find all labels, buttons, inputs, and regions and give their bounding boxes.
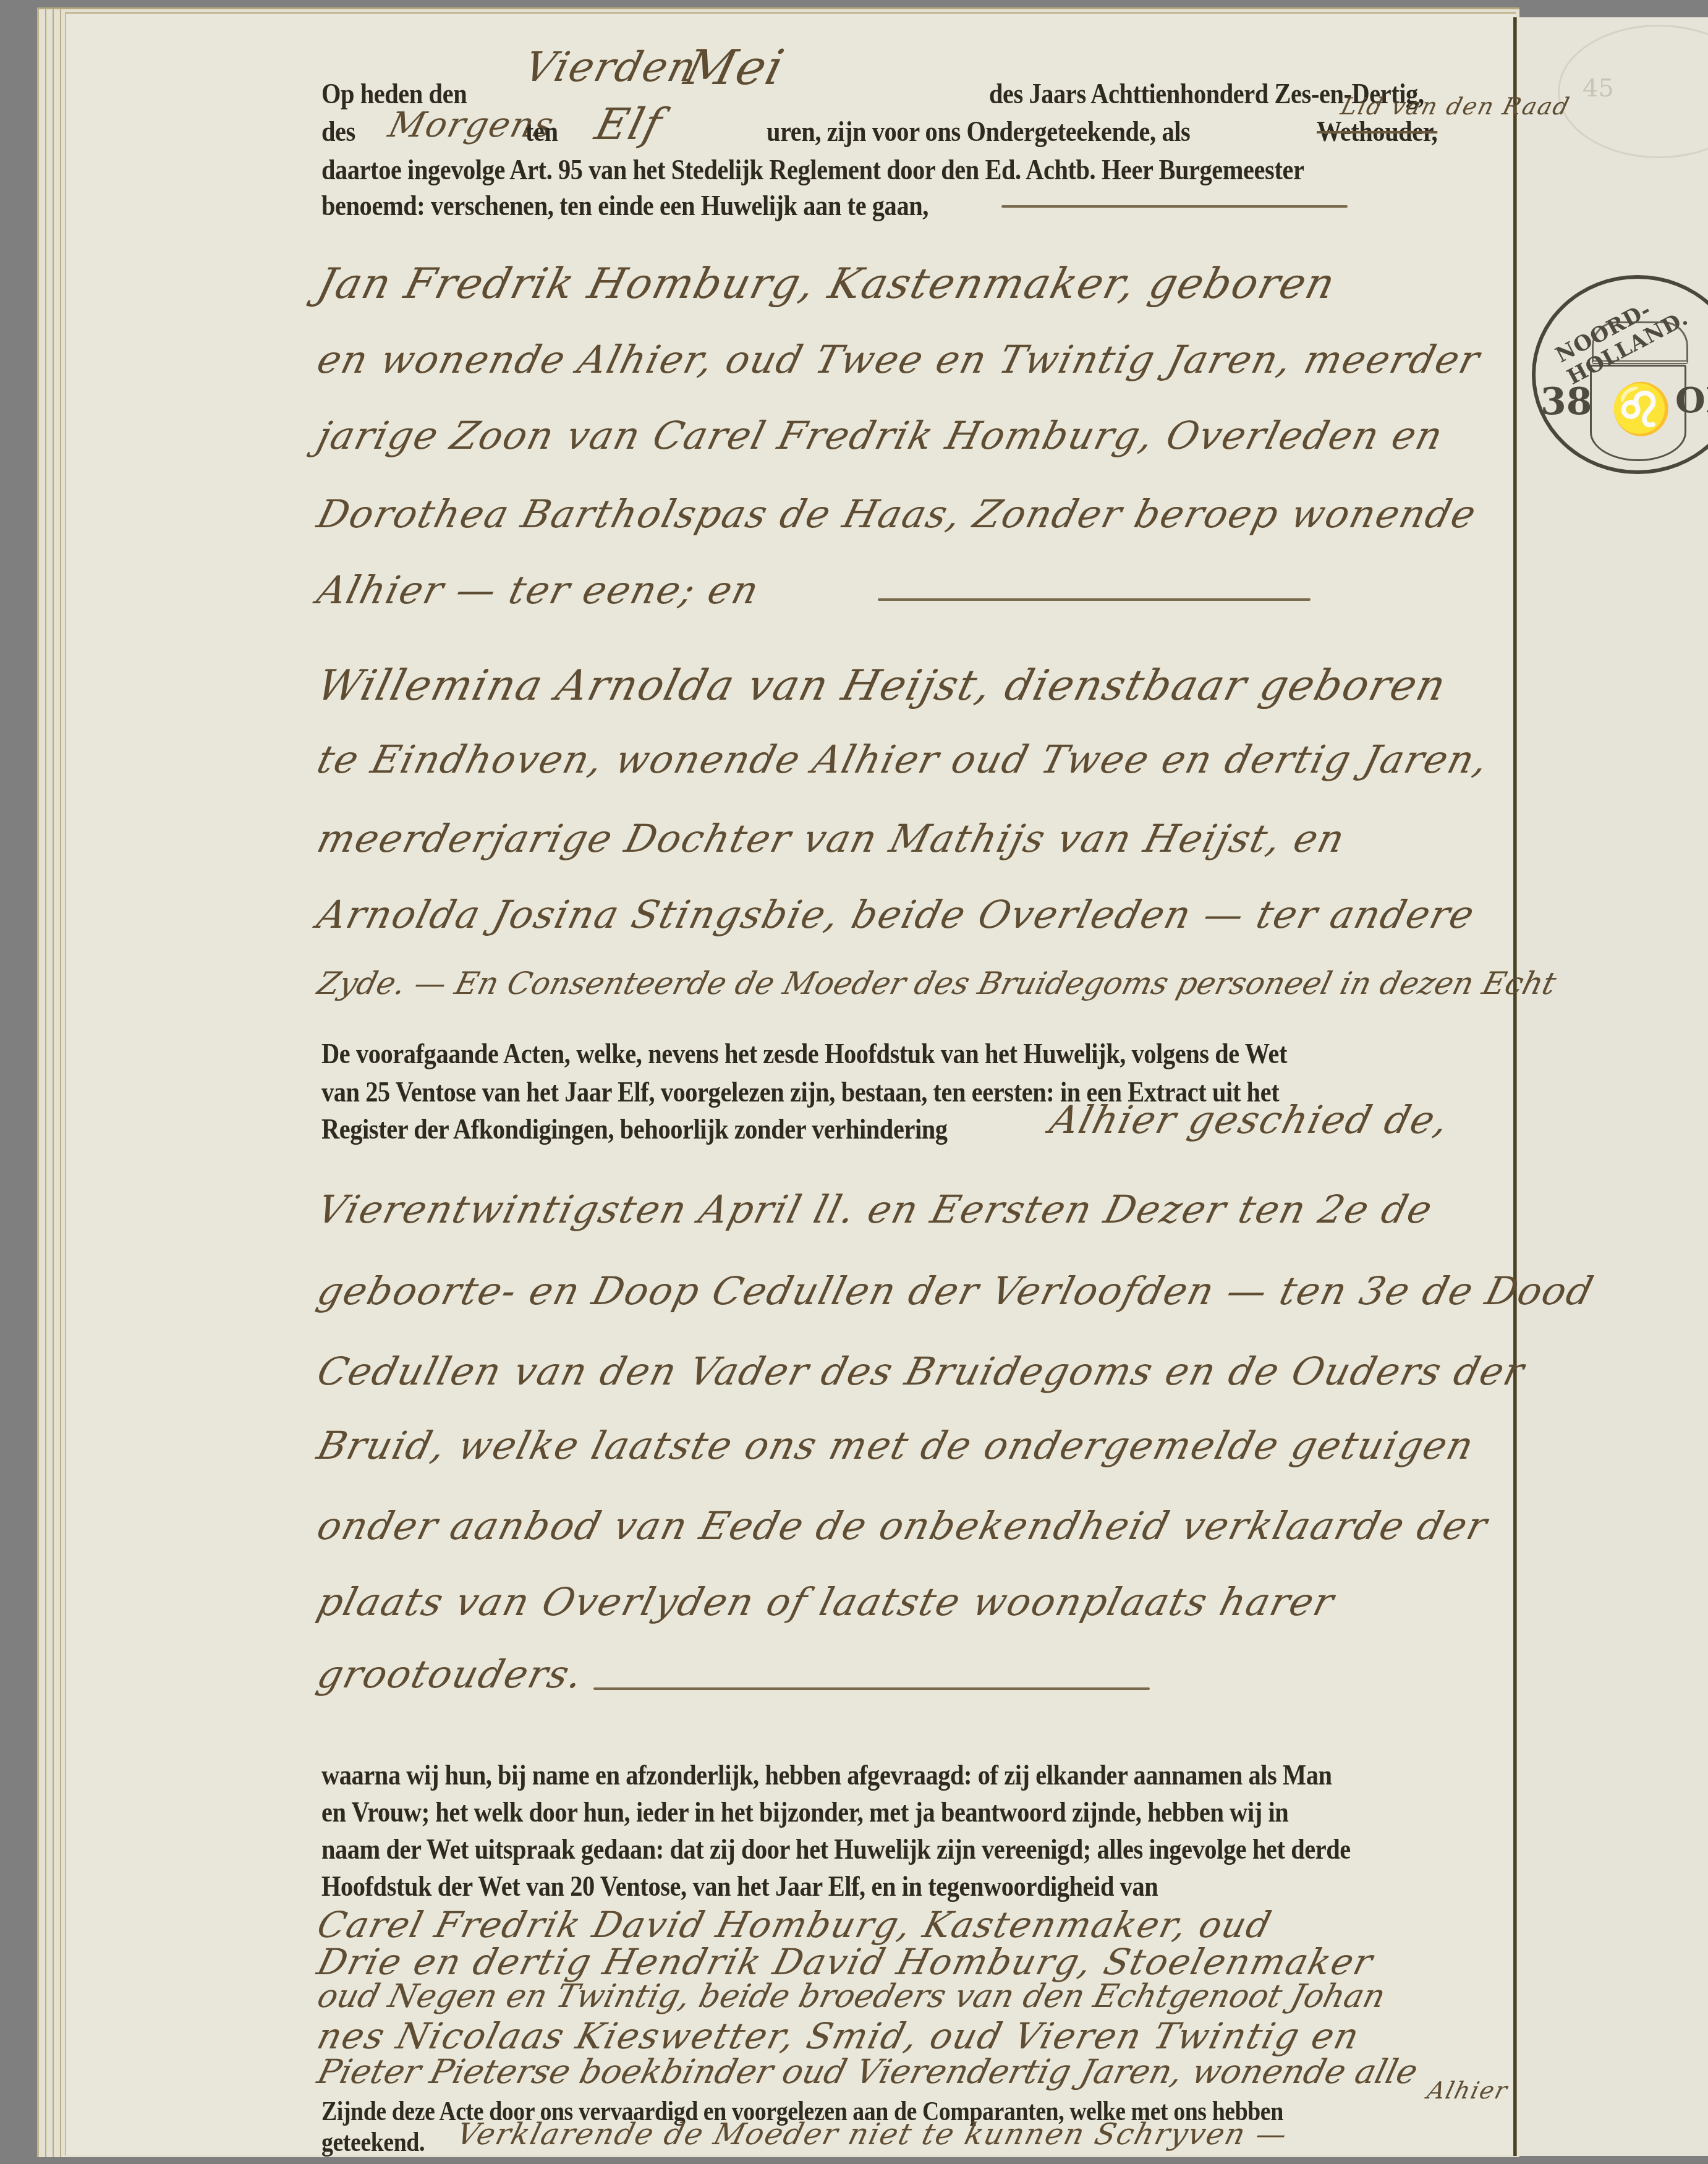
page-edge-line bbox=[45, 9, 46, 2157]
header-print: uren, zijn voor ons Ondergeteekende, als bbox=[767, 115, 1190, 148]
groom-line: Jan Fredrik Homburg, Kastenmaker, gebore… bbox=[312, 260, 1341, 308]
filler-line bbox=[593, 1687, 1150, 1690]
lion-icon: ♌ bbox=[1610, 380, 1672, 438]
acts-print: Register der Afkondigingen, behoorlijk z… bbox=[321, 1113, 948, 1146]
acts-hand-line: Cedullen van den Vader des Bruidegoms en… bbox=[313, 1349, 1530, 1394]
declaration-print: Hoofdstuk der Wet van 20 Ventose, van he… bbox=[321, 1870, 1158, 1903]
witness-line: Drie en dertig Hendrik David Homburg, St… bbox=[313, 1941, 1378, 1983]
header-print: benoemd: verschenen, ten einde een Huwel… bbox=[321, 189, 928, 223]
hand-correction: Lid van den Raad bbox=[1338, 93, 1573, 120]
stamp-value: 38 bbox=[1540, 380, 1592, 423]
closing-print: geteekend. bbox=[321, 2126, 425, 2158]
acts-hand-inline: Alhier geschied de, bbox=[1045, 1097, 1454, 1142]
header-print: des bbox=[321, 115, 355, 148]
bride-line: Arnolda Josina Stingsbie, beide Overlede… bbox=[313, 892, 1480, 937]
declaration-print: naam der Wet uitspraak gedaan: dat zij d… bbox=[321, 1833, 1351, 1866]
header-print: ten bbox=[525, 115, 558, 148]
header-hand-month: Mei bbox=[679, 40, 790, 96]
header-hand-day: Vierden bbox=[519, 43, 702, 91]
acts-hand-line: plaats van Overlyden of laatste woonplaa… bbox=[313, 1579, 1340, 1624]
acts-hand-line: Bruid, welke laatste ons met de ondergem… bbox=[313, 1423, 1479, 1468]
struck-wethouder: Wethouder, bbox=[1317, 115, 1437, 148]
acts-hand-line: geboorte- en Doop Cedullen der Verloofde… bbox=[313, 1268, 1599, 1313]
groom-line: jarige Zoon van Carel Fredrik Homburg, O… bbox=[313, 413, 1448, 458]
bride-line: Willemina Arnolda van Heijst, dienstbaar… bbox=[312, 661, 1451, 710]
bride-line: meerderjarige Dochter van Mathijs van He… bbox=[313, 816, 1350, 861]
groom-line: Alhier — ter eene; en bbox=[313, 567, 764, 613]
header-print: daartoe ingevolge Art. 95 van het Stedel… bbox=[321, 153, 1304, 187]
declaration-print: en Vrouw; het welk door hun, ieder in he… bbox=[321, 1796, 1288, 1829]
closing-hand: Verklarende de Moeder niet te kunnen Sch… bbox=[453, 2117, 1291, 2152]
page-edge-line bbox=[53, 9, 54, 2157]
acts-hand-line: Vierentwintigsten April ll. en Eersten D… bbox=[313, 1187, 1438, 1232]
page-edge-line bbox=[60, 9, 61, 2157]
header-hand-hour: Elf bbox=[590, 99, 668, 150]
bride-line: Zyde. — En Consenteerde de Moeder des Br… bbox=[314, 965, 1560, 1001]
filler-line bbox=[878, 598, 1311, 601]
acts-hand-line: grootouders. bbox=[313, 1652, 588, 1697]
filler-line bbox=[1001, 205, 1348, 208]
witness-line: Pieter Pieterse boekbinder oud Vierender… bbox=[313, 2052, 1422, 2091]
declaration-print: waarna wij hun, bij name en afzonderlijk… bbox=[321, 1759, 1332, 1792]
witness-line: nes Nicolaas Kieswetter, Smid, oud Viere… bbox=[313, 2015, 1365, 2057]
witness-line: oud Negen en Twintig, beide broeders van… bbox=[314, 1978, 1389, 2015]
embossed-seal-value: 45 bbox=[1583, 74, 1614, 103]
witness-insert: Alhier bbox=[1425, 2077, 1511, 2104]
acts-print: De voorafgaande Acten, welke, nevens het… bbox=[321, 1037, 1287, 1071]
bride-line: te Eindhoven, wonende Alhier oud Twee en… bbox=[313, 737, 1493, 782]
groom-line: Dorothea Bartholspas de Haas, Zonder ber… bbox=[313, 491, 1482, 537]
stamp-right-text: OPC bbox=[1675, 380, 1708, 421]
acts-hand-line: onder aanbod van Eede de onbekendheid ve… bbox=[313, 1503, 1493, 1548]
witness-line: Carel Fredrik David Homburg, Kastenmaker… bbox=[313, 1904, 1277, 1946]
groom-line: en wonende Alhier, oud Twee en Twintig J… bbox=[313, 337, 1485, 382]
